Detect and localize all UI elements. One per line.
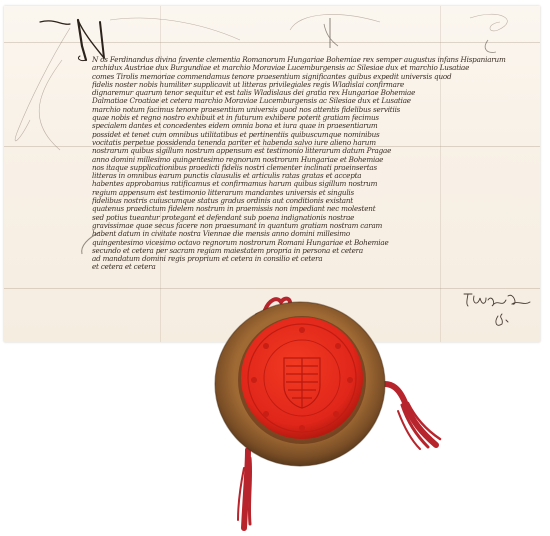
text-line: Dalmatiae Croatiae et cetera marchio Mor… [92, 97, 537, 105]
text-line: comes Tirolis memoriae commendamus tenor… [92, 73, 537, 81]
text-line: et cetera et cetera [92, 263, 537, 271]
text-line: quae nobis et regno nostro exhibuit et i… [92, 114, 537, 122]
text-line: fidelibus nostris cuiuscumque status gra… [92, 197, 537, 205]
text-line: fidelis noster nobis humiliter supplicav… [92, 81, 537, 89]
text-line: specialem dantes et concedentes eidem om… [92, 122, 537, 130]
text-line: marchio notum facimus tenore praesentium… [92, 106, 537, 114]
text-line: quatenus praedictum fidelem nostrum in p… [92, 205, 537, 213]
text-line: ad mandatum domini regis proprium et cet… [92, 255, 537, 263]
text-line: habentes approbamus ratificamus et confi… [92, 180, 537, 188]
text-line: N os Ferdinandus divina favente clementi… [92, 56, 537, 64]
text-line: nos itaque supplicationibus praedicti fi… [92, 164, 537, 172]
text-line: litteras in omnibus earum punctis clausu… [92, 172, 537, 180]
text-line: possidet et tenet cum omnibus utilitatib… [92, 131, 537, 139]
charter-text: N os Ferdinandus divina favente clementi… [92, 56, 537, 272]
wax-seal [210, 296, 390, 476]
text-line: anno domini millesimo quingentesimo regn… [92, 156, 537, 164]
text-line: dignaremur quarum tenor sequitur et est … [92, 89, 537, 97]
text-line: quingentesimo vicesimo octavo regnorum n… [92, 239, 537, 247]
text-line: regium appensum est testimonio litteraru… [92, 189, 537, 197]
text-line: vocitatis perpetue possidenda tenenda pa… [92, 139, 537, 147]
royal-signature [458, 288, 538, 338]
text-line: gravissimae quae secus facere non praesu… [92, 222, 537, 230]
text-line: nostrarum quibus sigillum nostrum appens… [92, 147, 537, 155]
text-line: archidux Austriae dux Burgundiae et marc… [92, 64, 537, 72]
text-line: habent datum in civitate nostra Viennae … [92, 230, 537, 238]
text-line: sed potius tueantur protegant et defenda… [92, 214, 537, 222]
text-line: secundo et cetera per sacram regiam maie… [92, 247, 537, 255]
